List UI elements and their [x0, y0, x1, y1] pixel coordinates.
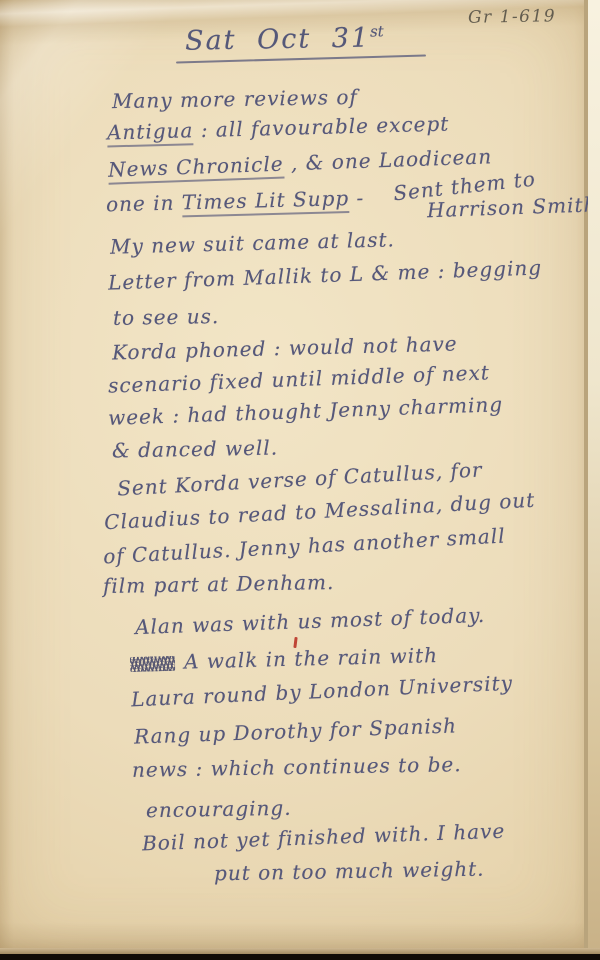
diary-line: Alan was with us most of today. [135, 604, 486, 638]
diary-line: A walk in the rain with [130, 644, 438, 674]
newspaper-name: News Chronicle [108, 152, 284, 185]
line-text: My new suit came at last. [110, 227, 395, 258]
diary-line: scenario fixed until middle of next [108, 361, 490, 396]
diary-line: Korda phoned : would not have [112, 332, 458, 363]
line-text: Boil not yet finished with. I have [142, 819, 506, 856]
newspaper-name: Times Lit Supp [181, 186, 349, 217]
scan-background-strip [0, 954, 600, 960]
line-text: film part at Denham. [103, 570, 335, 598]
diary-line: week : had thought Jenny charming [108, 393, 504, 429]
line-text: one in [106, 190, 182, 216]
diary-line: news : which continues to be. [132, 753, 462, 781]
line-text: encouraging. [146, 796, 292, 823]
diary-line: Letter from Mallik to L & me : begging [108, 256, 543, 293]
diary-line: Boil not yet finished with. I have [142, 820, 506, 855]
diary-line: News Chronicle , & one Laodicean [108, 145, 493, 180]
line-text: Harrison Smith . [427, 192, 600, 222]
line-text: to see us. [113, 304, 220, 330]
line-text: week : had thought Jenny charming [108, 392, 504, 430]
diary-line: encouraging. [146, 797, 292, 822]
entry-date-title: Sat Oct 31st [185, 20, 384, 52]
line-text: Rang up Dorothy for Spanish [134, 713, 458, 748]
entry-date-text: Sat Oct 31 [185, 23, 371, 57]
line-text: scenario fixed until middle of next [108, 360, 490, 397]
diary-line: My new suit came at last. [110, 228, 395, 257]
line-text: & danced well. [112, 436, 278, 463]
line-text: Korda phoned : would not have [112, 331, 458, 364]
line-text: Alan was with us most of today. [135, 603, 486, 639]
diary-line-inserted: Harrison Smith . [427, 193, 600, 221]
line-text: A walk in the rain with [184, 643, 439, 674]
diary-line: Rang up Dorothy for Spanish [134, 714, 458, 747]
line-text: Letter from Mallik to L & me : begging [108, 255, 543, 294]
line-text: news : which continues to be. [132, 752, 462, 782]
diary-line: film part at Denham. [103, 571, 335, 597]
diary-line: to see us. [113, 305, 220, 329]
line-text: : all favourable except [193, 112, 449, 143]
diary-line: put on too much weight. [214, 858, 485, 885]
diary-line: & danced well. [112, 437, 278, 462]
archive-reference-label: Gr 1-619 [468, 5, 556, 29]
line-text: - [349, 186, 365, 210]
line-text: , & one Laodicean [283, 144, 492, 175]
underlying-page-edge [588, 0, 600, 948]
line-text: Laura round by London University [131, 671, 514, 712]
diary-line: Antigua : all favourable except [107, 113, 450, 144]
diary-line: Many more reviews of [112, 86, 358, 112]
entry-date-ordinal: st [370, 22, 384, 40]
line-text: put on too much weight. [214, 857, 485, 886]
line-text: Many more reviews of [112, 85, 358, 113]
crossed-out-word [130, 656, 175, 672]
diary-line: Laura round by London University [131, 672, 514, 711]
book-title-antigua: Antigua [107, 118, 194, 147]
diary-page: Gr 1-619 Sat Oct 31st Many more reviews … [0, 0, 588, 948]
diary-line: one in Times Lit Supp - [106, 187, 365, 216]
